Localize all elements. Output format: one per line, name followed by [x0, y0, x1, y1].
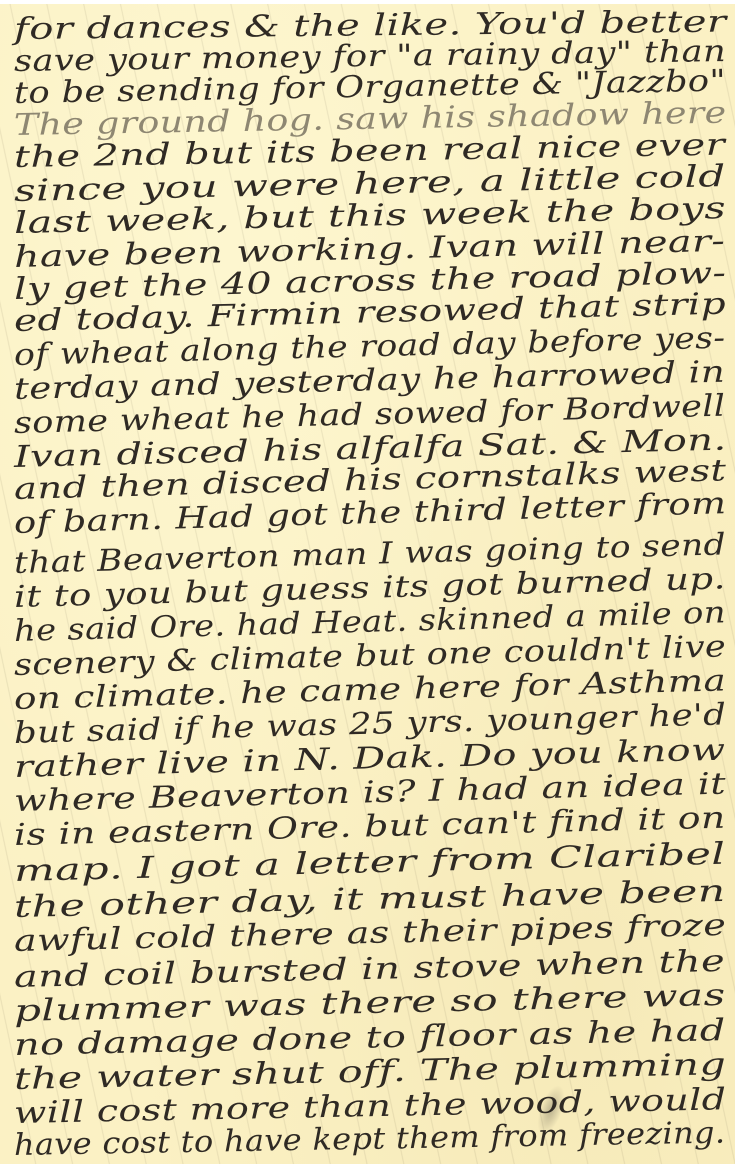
letter-page: for dances & the like. You'd better save… [0, 4, 735, 1164]
